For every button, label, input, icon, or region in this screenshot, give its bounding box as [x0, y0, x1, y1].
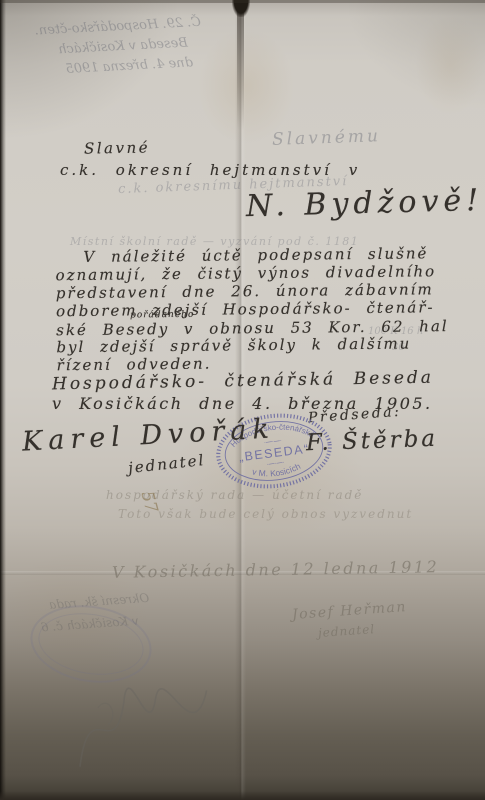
inserted-word: pořádaného: [130, 310, 194, 321]
fold-shadow-top: [237, 0, 244, 130]
body-paragraph: V náležité úctě podepsaní slušně oznamuj…: [55, 244, 481, 374]
stamp-ornament-bottom: ·—·—·: [266, 460, 285, 468]
salutation-line2: c.k. okresní hejtmanství v: [60, 161, 360, 179]
pencil-date-line: V Kosičkách dne 12 ledna 1912: [112, 557, 439, 582]
bleed-registry-note: Č. 29. Hospodářsko-čten. Beseda v Kosičk…: [1, 13, 204, 83]
bleed-lower-ghost2: Toto však bude celý obnos vyzvednut: [118, 507, 413, 521]
salutation-line1: Slavné: [84, 138, 150, 157]
page-edge-top: [0, 0, 485, 3]
pencil-role: jednatel: [318, 622, 376, 640]
bleed-salutation-ghost: Slavnému: [272, 126, 382, 150]
pencil-name: Josef Heřman: [292, 599, 408, 623]
paper-stain: [415, 15, 485, 115]
page-edge-bottom: [0, 791, 485, 800]
body-line-with-insert: ské Besedy v obnosu 53 Kor. 62 hal pořád…: [56, 316, 481, 338]
paper-stain: [196, 26, 296, 146]
scanned-letter: Č. 29. Hospodářsko-čten. Beseda v Kosičk…: [0, 0, 485, 800]
addressee-line: N. Bydžově!: [246, 183, 484, 224]
president-signature: F. Štěrba: [306, 426, 439, 457]
page-edge-left: [0, 0, 6, 800]
